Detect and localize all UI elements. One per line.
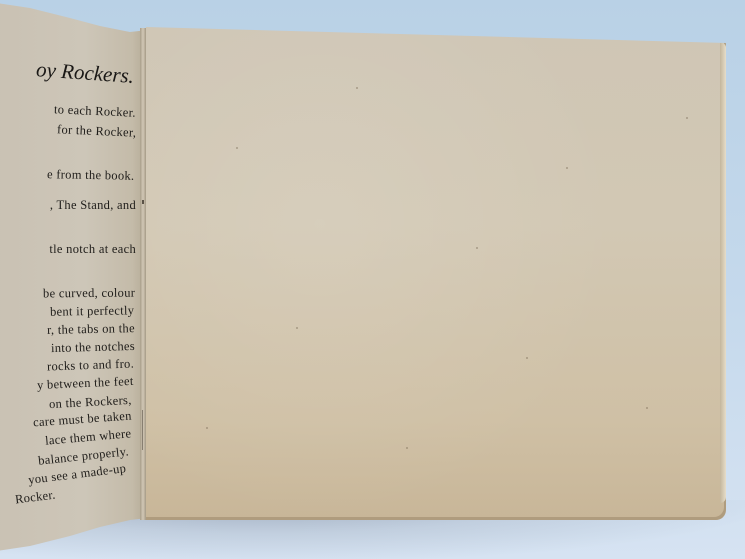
- staple-mark: [142, 410, 143, 450]
- text-line: , The Stand, and: [50, 198, 136, 213]
- text-line: e from the book.: [46, 167, 134, 184]
- text-line: rocks to and fro.: [47, 356, 135, 374]
- text-line: r, the tabs on the: [47, 321, 135, 338]
- text-line: y between the feet: [37, 374, 134, 393]
- staple-mark: [142, 200, 144, 204]
- left-page-text: oy Rockers. to each Rocker. for the Rock…: [0, 0, 138, 559]
- text-line: Rocker.: [15, 488, 57, 508]
- right-page-blank: [146, 27, 726, 520]
- left-page-title: oy Rockers.: [35, 57, 134, 89]
- text-line: bent it perfectly: [50, 303, 134, 319]
- text-line: for the Rocker,: [56, 122, 136, 140]
- photo-scene: oy Rockers. to each Rocker. for the Rock…: [0, 0, 745, 559]
- text-line: to each Rocker.: [54, 102, 136, 121]
- spine-gutter: [140, 28, 146, 520]
- text-line: tle notch at each: [49, 242, 136, 257]
- text-line: into the notches: [51, 339, 135, 356]
- right-page-edge: [720, 43, 726, 503]
- text-line: be curved, colour: [43, 286, 135, 302]
